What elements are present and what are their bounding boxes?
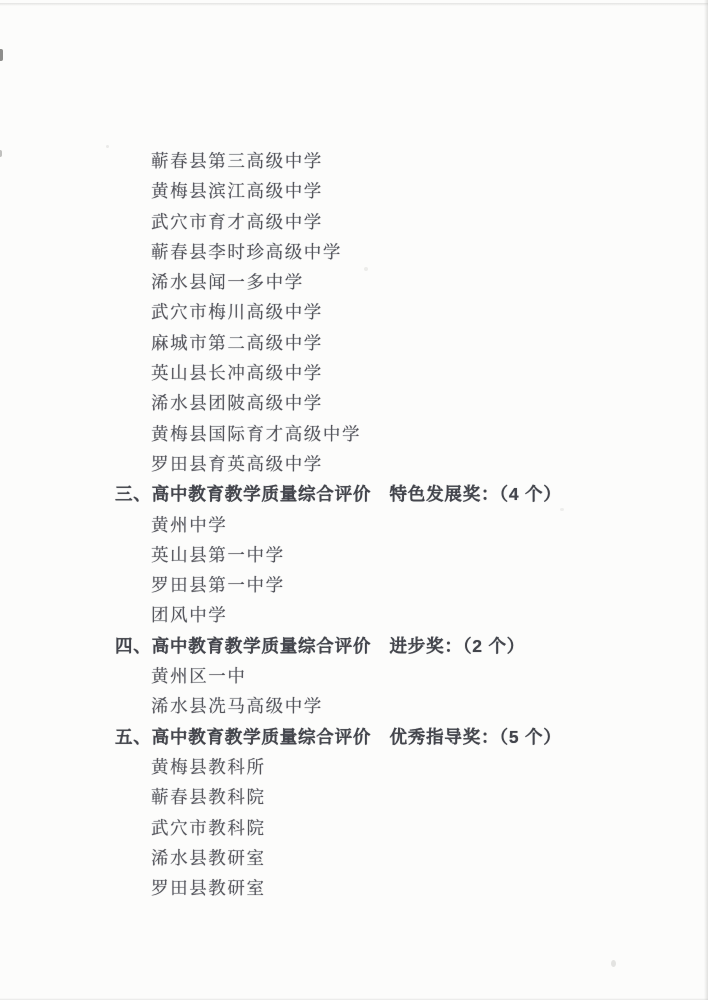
school-item: 武穴市教科院 (0, 813, 708, 843)
document-body: 蕲春县第三高级中学 黄梅县滨江高级中学 武穴市育才高级中学 蕲春县李时珍高级中学… (0, 146, 708, 903)
scanned-page: 蕲春县第三高级中学 黄梅县滨江高级中学 武穴市育才高级中学 蕲春县李时珍高级中学… (0, 0, 708, 1000)
school-item: 黄梅县教科所 (0, 752, 708, 782)
section-heading-4: 四、高中教育教学质量综合评价 进步奖：（2 个） (0, 631, 708, 661)
scan-edge-top-shadow (0, 3, 708, 6)
school-item: 罗田县育英高级中学 (0, 449, 708, 479)
school-item: 武穴市梅川高级中学 (0, 297, 708, 327)
school-item: 浠水县闻一多中学 (0, 267, 708, 297)
section-heading-3: 三、高中教育教学质量综合评价 特色发展奖：（4 个） (0, 479, 708, 509)
school-item: 黄梅县国际育才高级中学 (0, 419, 708, 449)
school-item: 麻城市第二高级中学 (0, 328, 708, 358)
school-item: 黄州中学 (0, 510, 708, 540)
school-item: 黄州区一中 (0, 661, 708, 691)
section-heading-5: 五、高中教育教学质量综合评价 优秀指导奖：（5 个） (0, 722, 708, 752)
school-item: 黄梅县滨江高级中学 (0, 176, 708, 206)
school-item: 英山县第一中学 (0, 540, 708, 570)
school-item: 浠水县团陂高级中学 (0, 388, 708, 418)
scan-speck (611, 960, 616, 967)
school-item: 武穴市育才高级中学 (0, 207, 708, 237)
school-item: 团风中学 (0, 600, 708, 630)
school-item: 罗田县教研室 (0, 873, 708, 903)
school-item: 浠水县教研室 (0, 843, 708, 873)
school-item: 蕲春县李时珍高级中学 (0, 237, 708, 267)
school-item: 蕲春县第三高级中学 (0, 146, 708, 176)
school-item: 蕲春县教科院 (0, 782, 708, 812)
school-item: 罗田县第一中学 (0, 570, 708, 600)
scan-smudge (0, 49, 3, 61)
school-item: 浠水县冼马高级中学 (0, 691, 708, 721)
school-item: 英山县长冲高级中学 (0, 358, 708, 388)
